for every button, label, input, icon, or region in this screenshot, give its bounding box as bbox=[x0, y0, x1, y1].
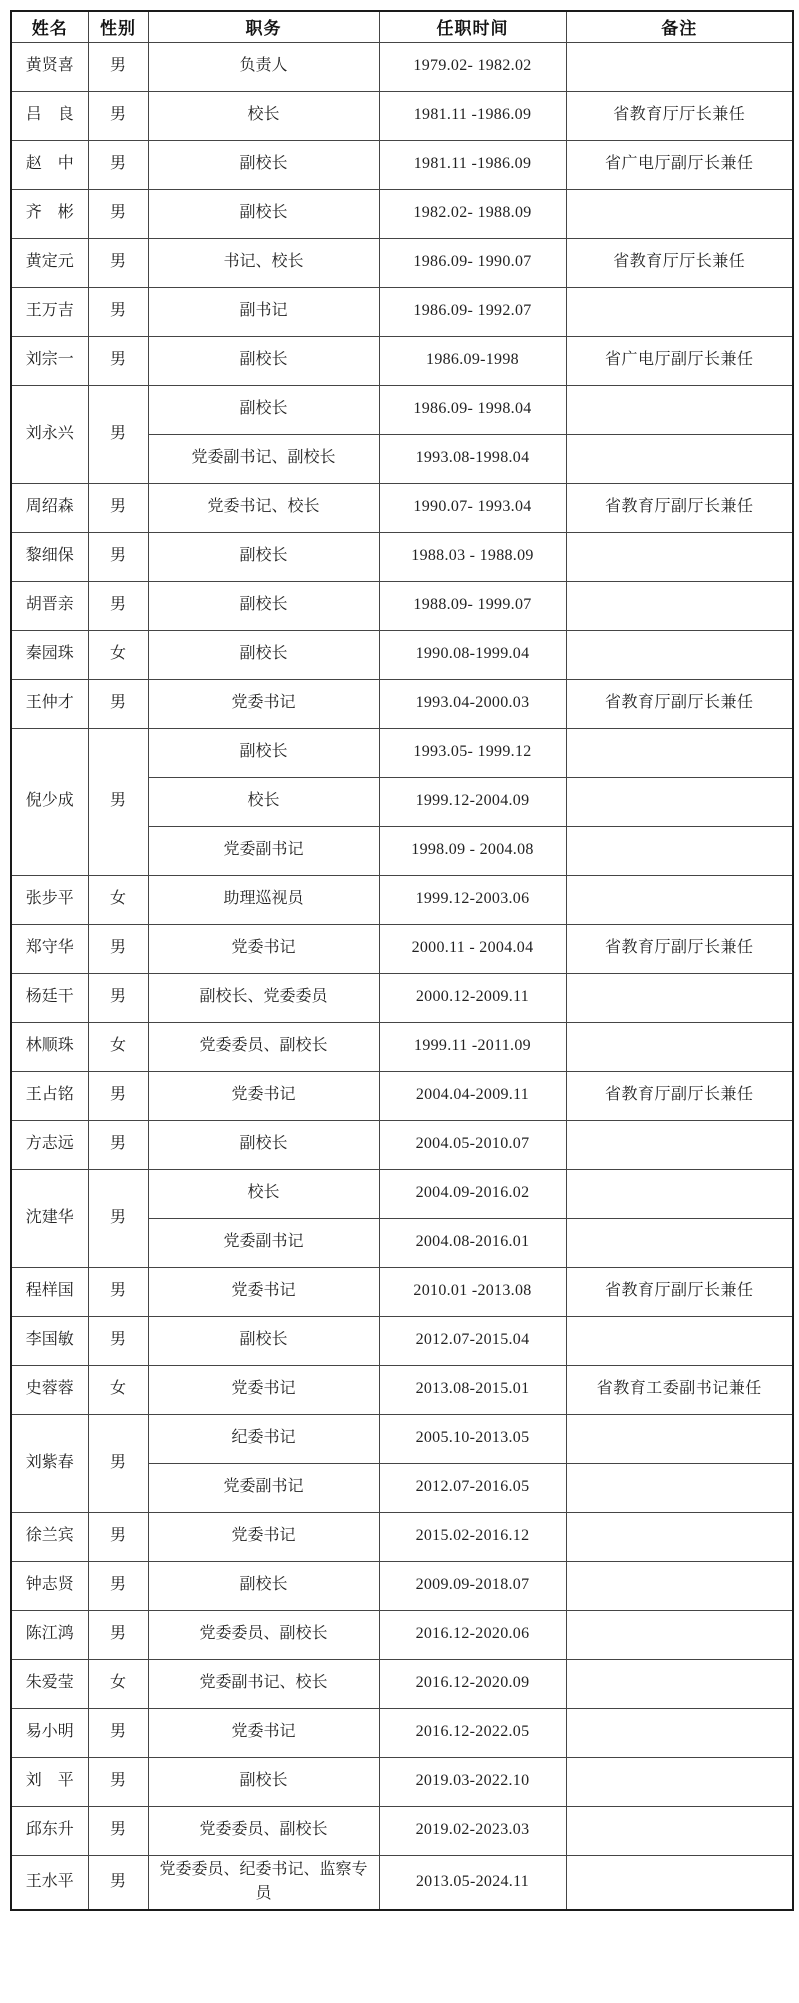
period-cell: 1990.08-1999.04 bbox=[379, 630, 566, 679]
gender-cell: 男 bbox=[88, 1757, 148, 1806]
gender-cell: 男 bbox=[88, 1561, 148, 1610]
period-cell: 2019.02-2023.03 bbox=[379, 1806, 566, 1855]
table-row: 程样国男党委书记2010.01 -2013.08省教育厅副厅长兼任 bbox=[11, 1267, 793, 1316]
name-cell: 王仲才 bbox=[11, 679, 88, 728]
period-cell: 2013.08-2015.01 bbox=[379, 1365, 566, 1414]
period-cell: 2015.02-2016.12 bbox=[379, 1512, 566, 1561]
note-cell bbox=[566, 1218, 793, 1267]
gender-cell: 男 bbox=[88, 924, 148, 973]
period-cell: 2009.09-2018.07 bbox=[379, 1561, 566, 1610]
header-cell-position: 职务 bbox=[148, 11, 379, 42]
period-cell: 2004.08-2016.01 bbox=[379, 1218, 566, 1267]
gender-cell: 男 bbox=[88, 1267, 148, 1316]
gender-cell: 男 bbox=[88, 336, 148, 385]
note-cell bbox=[566, 1316, 793, 1365]
note-cell bbox=[566, 1512, 793, 1561]
position-cell: 副校长 bbox=[148, 336, 379, 385]
note-cell: 省教育厅厅长兼任 bbox=[566, 91, 793, 140]
period-cell: 2000.11 - 2004.04 bbox=[379, 924, 566, 973]
period-cell: 1993.04-2000.03 bbox=[379, 679, 566, 728]
position-cell: 党委委员、副校长 bbox=[148, 1806, 379, 1855]
name-cell: 李国敏 bbox=[11, 1316, 88, 1365]
position-cell: 党委书记 bbox=[148, 1365, 379, 1414]
position-cell: 副校长 bbox=[148, 385, 379, 434]
gender-cell: 男 bbox=[88, 238, 148, 287]
note-cell bbox=[566, 1757, 793, 1806]
period-cell: 1990.07- 1993.04 bbox=[379, 483, 566, 532]
period-cell: 1999.12-2003.06 bbox=[379, 875, 566, 924]
period-cell: 1979.02- 1982.02 bbox=[379, 42, 566, 91]
period-cell: 2016.12-2020.06 bbox=[379, 1610, 566, 1659]
table-row: 倪少成男副校长1993.05- 1999.12 bbox=[11, 728, 793, 777]
position-cell: 副校长 bbox=[148, 532, 379, 581]
position-cell: 党委书记 bbox=[148, 1267, 379, 1316]
period-cell: 2004.05-2010.07 bbox=[379, 1120, 566, 1169]
name-cell: 刘 平 bbox=[11, 1757, 88, 1806]
table-row: 刘 平男副校长2019.03-2022.10 bbox=[11, 1757, 793, 1806]
table-row: 胡晋亲男副校长1988.09- 1999.07 bbox=[11, 581, 793, 630]
gender-cell: 男 bbox=[88, 1610, 148, 1659]
period-cell: 1999.11 -2011.09 bbox=[379, 1022, 566, 1071]
name-cell: 陈江鸿 bbox=[11, 1610, 88, 1659]
period-cell: 1993.05- 1999.12 bbox=[379, 728, 566, 777]
note-cell bbox=[566, 777, 793, 826]
table-row: 周绍森男党委书记、校长1990.07- 1993.04省教育厅副厅长兼任 bbox=[11, 483, 793, 532]
position-cell: 党委书记 bbox=[148, 679, 379, 728]
table-row: 秦园珠女副校长1990.08-1999.04 bbox=[11, 630, 793, 679]
table-row: 林顺珠女党委委员、副校长1999.11 -2011.09 bbox=[11, 1022, 793, 1071]
position-cell: 副书记 bbox=[148, 287, 379, 336]
note-cell bbox=[566, 1463, 793, 1512]
period-cell: 1988.09- 1999.07 bbox=[379, 581, 566, 630]
note-cell bbox=[566, 42, 793, 91]
note-cell bbox=[566, 1561, 793, 1610]
note-cell bbox=[566, 385, 793, 434]
note-cell bbox=[566, 1659, 793, 1708]
name-cell: 王水平 bbox=[11, 1855, 88, 1910]
period-cell: 2004.04-2009.11 bbox=[379, 1071, 566, 1120]
gender-cell: 男 bbox=[88, 385, 148, 483]
gender-cell: 女 bbox=[88, 1022, 148, 1071]
note-cell: 省教育厅副厅长兼任 bbox=[566, 679, 793, 728]
note-cell bbox=[566, 581, 793, 630]
table-header-row: 姓名 性别 职务 任职时间 备注 bbox=[11, 11, 793, 42]
period-cell: 1988.03 - 1988.09 bbox=[379, 532, 566, 581]
period-cell: 2005.10-2013.05 bbox=[379, 1414, 566, 1463]
name-cell: 刘紫春 bbox=[11, 1414, 88, 1512]
gender-cell: 男 bbox=[88, 1414, 148, 1512]
period-cell: 1986.09- 1998.04 bbox=[379, 385, 566, 434]
gender-cell: 男 bbox=[88, 42, 148, 91]
table-row: 杨廷干男副校长、党委委员2000.12-2009.11 bbox=[11, 973, 793, 1022]
gender-cell: 男 bbox=[88, 1855, 148, 1910]
note-cell bbox=[566, 189, 793, 238]
table-row: 赵 中男副校长1981.11 -1986.09省广电厅副厅长兼任 bbox=[11, 140, 793, 189]
table-row: 王水平男党委委员、纪委书记、监察专员2013.05-2024.11 bbox=[11, 1855, 793, 1910]
position-cell: 助理巡视员 bbox=[148, 875, 379, 924]
position-cell: 党委委员、副校长 bbox=[148, 1022, 379, 1071]
position-cell: 副校长、党委委员 bbox=[148, 973, 379, 1022]
table-row: 王仲才男党委书记1993.04-2000.03省教育厅副厅长兼任 bbox=[11, 679, 793, 728]
position-cell: 副校长 bbox=[148, 581, 379, 630]
period-cell: 1998.09 - 2004.08 bbox=[379, 826, 566, 875]
name-cell: 史蓉蓉 bbox=[11, 1365, 88, 1414]
name-cell: 邱东升 bbox=[11, 1806, 88, 1855]
table-row: 李国敏男副校长2012.07-2015.04 bbox=[11, 1316, 793, 1365]
name-cell: 刘永兴 bbox=[11, 385, 88, 483]
position-cell: 党委书记、校长 bbox=[148, 483, 379, 532]
note-cell bbox=[566, 875, 793, 924]
gender-cell: 男 bbox=[88, 189, 148, 238]
name-cell: 胡晋亲 bbox=[11, 581, 88, 630]
gender-cell: 男 bbox=[88, 973, 148, 1022]
gender-cell: 男 bbox=[88, 1120, 148, 1169]
note-cell bbox=[566, 1120, 793, 1169]
position-cell: 党委副书记 bbox=[148, 1218, 379, 1267]
name-cell: 王万吉 bbox=[11, 287, 88, 336]
table-row: 陈江鸿男党委委员、副校长2016.12-2020.06 bbox=[11, 1610, 793, 1659]
position-cell: 副校长 bbox=[148, 1561, 379, 1610]
table-row: 张步平女助理巡视员1999.12-2003.06 bbox=[11, 875, 793, 924]
note-cell bbox=[566, 1855, 793, 1910]
name-cell: 黄贤喜 bbox=[11, 42, 88, 91]
gender-cell: 男 bbox=[88, 1071, 148, 1120]
note-cell: 省教育工委副书记兼任 bbox=[566, 1365, 793, 1414]
position-cell: 书记、校长 bbox=[148, 238, 379, 287]
name-cell: 沈建华 bbox=[11, 1169, 88, 1267]
note-cell bbox=[566, 434, 793, 483]
gender-cell: 女 bbox=[88, 875, 148, 924]
position-cell: 纪委书记 bbox=[148, 1414, 379, 1463]
note-cell bbox=[566, 973, 793, 1022]
table-row: 方志远男副校长2004.05-2010.07 bbox=[11, 1120, 793, 1169]
note-cell: 省教育厅副厅长兼任 bbox=[566, 1071, 793, 1120]
period-cell: 1986.09- 1992.07 bbox=[379, 287, 566, 336]
gender-cell: 男 bbox=[88, 1708, 148, 1757]
name-cell: 钟志贤 bbox=[11, 1561, 88, 1610]
name-cell: 秦园珠 bbox=[11, 630, 88, 679]
period-cell: 2016.12-2022.05 bbox=[379, 1708, 566, 1757]
note-cell: 省教育厅副厅长兼任 bbox=[566, 1267, 793, 1316]
table-row: 刘永兴男副校长1986.09- 1998.04 bbox=[11, 385, 793, 434]
gender-cell: 男 bbox=[88, 140, 148, 189]
period-cell: 2012.07-2015.04 bbox=[379, 1316, 566, 1365]
note-cell bbox=[566, 1708, 793, 1757]
position-cell: 党委副书记、副校长 bbox=[148, 434, 379, 483]
period-cell: 2013.05-2024.11 bbox=[379, 1855, 566, 1910]
note-cell bbox=[566, 1610, 793, 1659]
table-body: 黄贤喜男负责人1979.02- 1982.02吕 良男校长1981.11 -19… bbox=[11, 42, 793, 1910]
note-cell: 省广电厅副厅长兼任 bbox=[566, 140, 793, 189]
name-cell: 郑守华 bbox=[11, 924, 88, 973]
note-cell bbox=[566, 728, 793, 777]
table-row: 沈建华男校长2004.09-2016.02 bbox=[11, 1169, 793, 1218]
table-row: 王占铭男党委书记2004.04-2009.11省教育厅副厅长兼任 bbox=[11, 1071, 793, 1120]
note-cell bbox=[566, 1022, 793, 1071]
name-cell: 黎细保 bbox=[11, 532, 88, 581]
header-cell-name: 姓名 bbox=[11, 11, 88, 42]
leadership-roster-table: 姓名 性别 职务 任职时间 备注 黄贤喜男负责人1979.02- 1982.02… bbox=[10, 10, 794, 1911]
position-cell: 党委副书记、校长 bbox=[148, 1659, 379, 1708]
name-cell: 方志远 bbox=[11, 1120, 88, 1169]
header-cell-note: 备注 bbox=[566, 11, 793, 42]
gender-cell: 男 bbox=[88, 679, 148, 728]
name-cell: 刘宗一 bbox=[11, 336, 88, 385]
name-cell: 周绍森 bbox=[11, 483, 88, 532]
note-cell: 省教育厅副厅长兼任 bbox=[566, 483, 793, 532]
table-row: 黎细保男副校长1988.03 - 1988.09 bbox=[11, 532, 793, 581]
position-cell: 党委副书记 bbox=[148, 826, 379, 875]
position-cell: 党委书记 bbox=[148, 1708, 379, 1757]
document-page: 姓名 性别 职务 任职时间 备注 黄贤喜男负责人1979.02- 1982.02… bbox=[0, 0, 799, 1921]
name-cell: 倪少成 bbox=[11, 728, 88, 875]
position-cell: 校长 bbox=[148, 1169, 379, 1218]
gender-cell: 女 bbox=[88, 1659, 148, 1708]
period-cell: 1986.09-1998 bbox=[379, 336, 566, 385]
gender-cell: 男 bbox=[88, 1169, 148, 1267]
period-cell: 2019.03-2022.10 bbox=[379, 1757, 566, 1806]
gender-cell: 男 bbox=[88, 91, 148, 140]
note-cell bbox=[566, 630, 793, 679]
gender-cell: 男 bbox=[88, 287, 148, 336]
gender-cell: 男 bbox=[88, 581, 148, 630]
note-cell bbox=[566, 826, 793, 875]
note-cell bbox=[566, 1414, 793, 1463]
note-cell bbox=[566, 1806, 793, 1855]
gender-cell: 男 bbox=[88, 1316, 148, 1365]
period-cell: 2004.09-2016.02 bbox=[379, 1169, 566, 1218]
position-cell: 党委书记 bbox=[148, 1071, 379, 1120]
period-cell: 1986.09- 1990.07 bbox=[379, 238, 566, 287]
position-cell: 党委委员、副校长 bbox=[148, 1610, 379, 1659]
position-cell: 负责人 bbox=[148, 42, 379, 91]
position-cell: 校长 bbox=[148, 91, 379, 140]
table-row: 郑守华男党委书记2000.11 - 2004.04省教育厅副厅长兼任 bbox=[11, 924, 793, 973]
position-cell: 校长 bbox=[148, 777, 379, 826]
position-cell: 副校长 bbox=[148, 140, 379, 189]
position-cell: 党委副书记 bbox=[148, 1463, 379, 1512]
name-cell: 齐 彬 bbox=[11, 189, 88, 238]
position-cell: 副校长 bbox=[148, 1757, 379, 1806]
name-cell: 易小明 bbox=[11, 1708, 88, 1757]
note-cell: 省广电厅副厅长兼任 bbox=[566, 336, 793, 385]
name-cell: 林顺珠 bbox=[11, 1022, 88, 1071]
table-row: 徐兰宾男党委书记2015.02-2016.12 bbox=[11, 1512, 793, 1561]
period-cell: 1981.11 -1986.09 bbox=[379, 91, 566, 140]
position-cell: 副校长 bbox=[148, 728, 379, 777]
table-row: 王万吉男副书记1986.09- 1992.07 bbox=[11, 287, 793, 336]
period-cell: 2010.01 -2013.08 bbox=[379, 1267, 566, 1316]
table-row: 齐 彬男副校长1982.02- 1988.09 bbox=[11, 189, 793, 238]
position-cell: 党委书记 bbox=[148, 1512, 379, 1561]
name-cell: 王占铭 bbox=[11, 1071, 88, 1120]
period-cell: 2016.12-2020.09 bbox=[379, 1659, 566, 1708]
period-cell: 1982.02- 1988.09 bbox=[379, 189, 566, 238]
name-cell: 程样国 bbox=[11, 1267, 88, 1316]
header-cell-period: 任职时间 bbox=[379, 11, 566, 42]
name-cell: 赵 中 bbox=[11, 140, 88, 189]
table-row: 易小明男党委书记2016.12-2022.05 bbox=[11, 1708, 793, 1757]
gender-cell: 男 bbox=[88, 728, 148, 875]
period-cell: 1981.11 -1986.09 bbox=[379, 140, 566, 189]
period-cell: 1993.08-1998.04 bbox=[379, 434, 566, 483]
position-cell: 副校长 bbox=[148, 189, 379, 238]
gender-cell: 女 bbox=[88, 1365, 148, 1414]
position-cell: 副校长 bbox=[148, 1316, 379, 1365]
table-row: 刘紫春男纪委书记2005.10-2013.05 bbox=[11, 1414, 793, 1463]
name-cell: 吕 良 bbox=[11, 91, 88, 140]
table-row: 吕 良男校长1981.11 -1986.09省教育厅厅长兼任 bbox=[11, 91, 793, 140]
note-cell: 省教育厅厅长兼任 bbox=[566, 238, 793, 287]
gender-cell: 男 bbox=[88, 1512, 148, 1561]
table-row: 史蓉蓉女党委书记2013.08-2015.01省教育工委副书记兼任 bbox=[11, 1365, 793, 1414]
position-cell: 副校长 bbox=[148, 1120, 379, 1169]
note-cell bbox=[566, 532, 793, 581]
gender-cell: 女 bbox=[88, 630, 148, 679]
name-cell: 朱爱莹 bbox=[11, 1659, 88, 1708]
note-cell bbox=[566, 1169, 793, 1218]
table-row: 朱爱莹女党委副书记、校长2016.12-2020.09 bbox=[11, 1659, 793, 1708]
table-row: 钟志贤男副校长2009.09-2018.07 bbox=[11, 1561, 793, 1610]
position-cell: 党委委员、纪委书记、监察专员 bbox=[148, 1855, 379, 1910]
table-row: 黄定元男书记、校长1986.09- 1990.07省教育厅厅长兼任 bbox=[11, 238, 793, 287]
note-cell bbox=[566, 287, 793, 336]
header-cell-gender: 性别 bbox=[88, 11, 148, 42]
period-cell: 2012.07-2016.05 bbox=[379, 1463, 566, 1512]
table-row: 刘宗一男副校长1986.09-1998省广电厅副厅长兼任 bbox=[11, 336, 793, 385]
gender-cell: 男 bbox=[88, 483, 148, 532]
name-cell: 黄定元 bbox=[11, 238, 88, 287]
gender-cell: 男 bbox=[88, 1806, 148, 1855]
table-row: 黄贤喜男负责人1979.02- 1982.02 bbox=[11, 42, 793, 91]
period-cell: 2000.12-2009.11 bbox=[379, 973, 566, 1022]
gender-cell: 男 bbox=[88, 532, 148, 581]
period-cell: 1999.12-2004.09 bbox=[379, 777, 566, 826]
note-cell: 省教育厅副厅长兼任 bbox=[566, 924, 793, 973]
name-cell: 杨廷干 bbox=[11, 973, 88, 1022]
name-cell: 徐兰宾 bbox=[11, 1512, 88, 1561]
position-cell: 党委书记 bbox=[148, 924, 379, 973]
name-cell: 张步平 bbox=[11, 875, 88, 924]
position-cell: 副校长 bbox=[148, 630, 379, 679]
table-row: 邱东升男党委委员、副校长2019.02-2023.03 bbox=[11, 1806, 793, 1855]
